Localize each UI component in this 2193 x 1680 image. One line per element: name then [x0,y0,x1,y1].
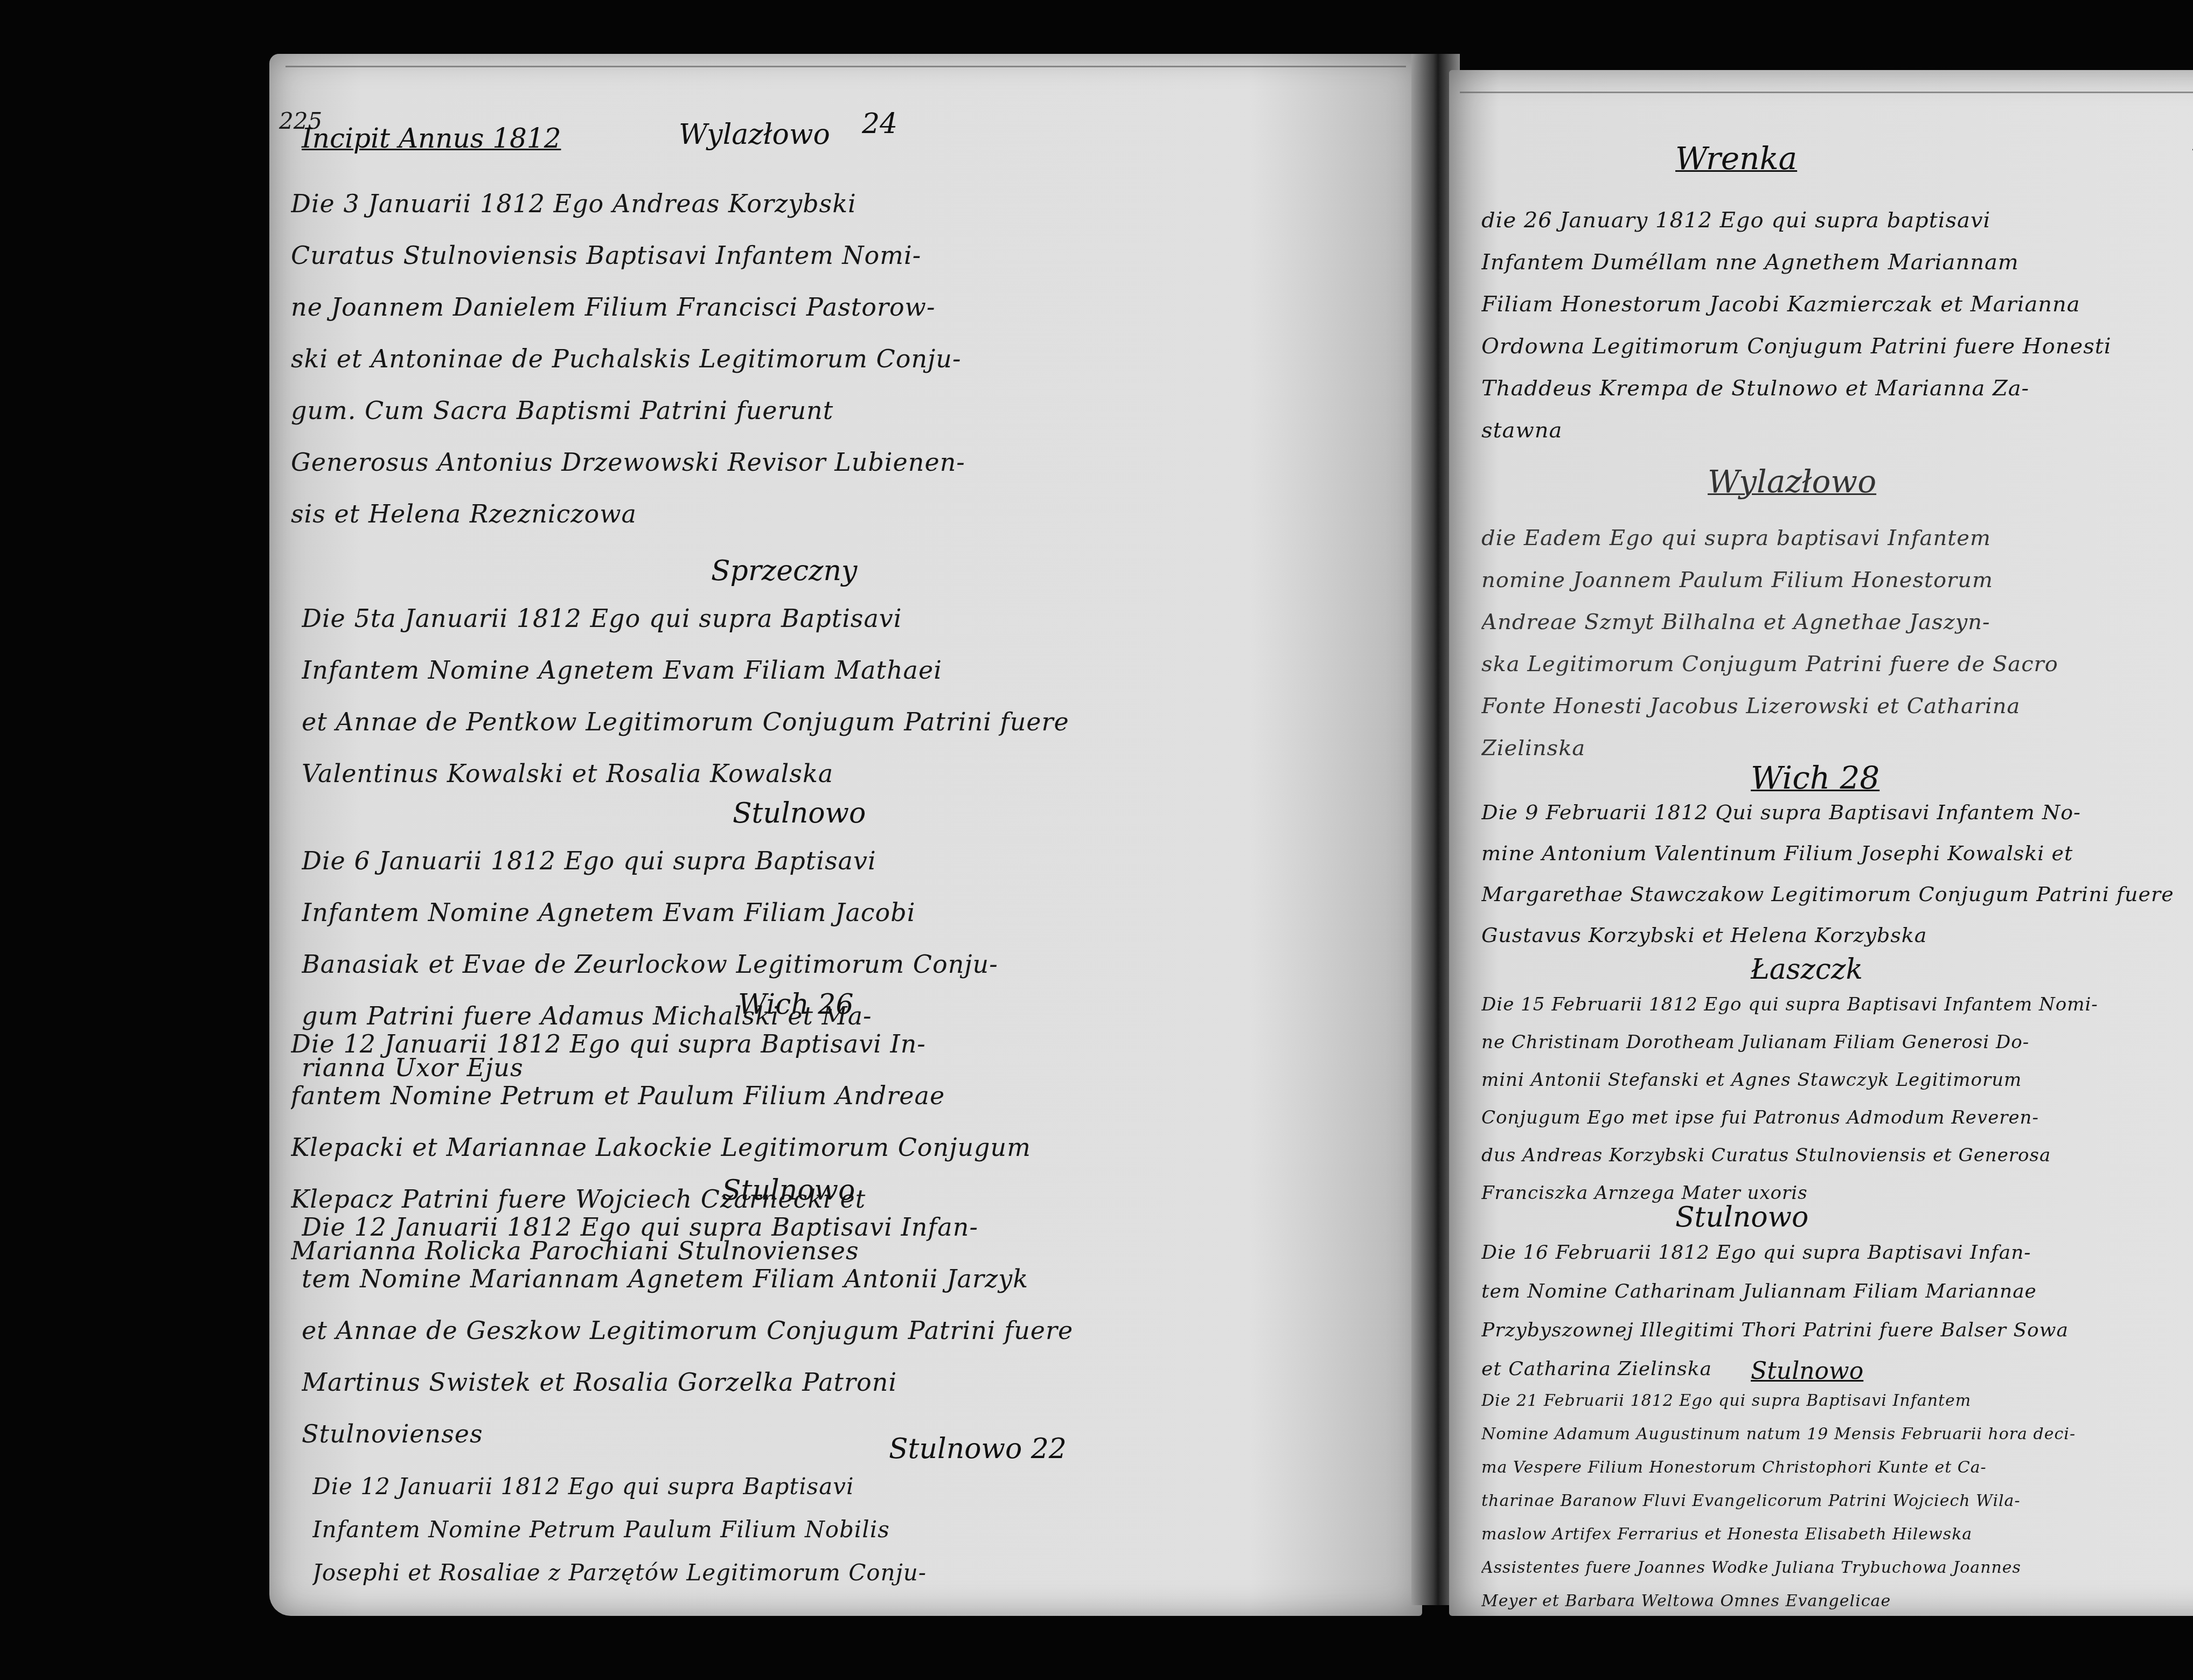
entry-line: Curatus Stulnoviensis Baptisavi Infantem… [291,229,1395,281]
entry-line: Josephi et Rosaliae z Parzętów Legitimor… [312,1551,1395,1594]
entry-line: fantem Nomine Petrum et Paulum Filium An… [291,1070,1395,1121]
entry-line: Martinus Swistek et Rosalia Gorzelka Pat… [302,1356,1395,1408]
entry-line: Fonte Honesti Jacobus Lizerowski et Cath… [1481,685,2193,727]
entry-line: et Annae de Pentkow Legitimorum Conjugum… [302,696,1395,748]
entry-line: mini Antonii Stefanski et Agnes Stawczyk… [1481,1061,2193,1099]
entry-line: Nomine Adamum Augustinum natum 19 Mensis… [1481,1418,2193,1451]
entry-line: die Eadem Ego qui supra baptisavi Infant… [1481,517,2193,559]
entry-line: Franciszka Arnzega Mater uxoris [1481,1174,2193,1212]
entry-line: Przybyszownej Illegitimi Thori Patrini f… [1481,1311,2193,1350]
entry-line: Die 21 Februarii 1812 Ego qui supra Bapt… [1481,1384,2193,1418]
entry-line: ska Legitimorum Conjugum Patrini fuere d… [1481,643,2193,685]
entry-place-heading: Wich 28 [1751,759,1879,796]
left-page: 225 Incipit Annus 1812 Wylazłowo 24 Die … [269,54,1422,1616]
entry-line: ski et Antoninae de Puchalskis Legitimor… [291,333,1395,385]
entry-line: Die 16 Februarii 1812 Ego qui supra Bapt… [1481,1233,2193,1272]
entry-line: Die 12 Januarii 1812 Ego qui supra Bapti… [312,1465,1395,1508]
baptism-entry: die 26 January 1812 Ego qui supra baptis… [1481,199,2193,451]
entry-place-heading: Stulnowo [733,797,866,829]
entry-place-heading: Wylazłowo [679,118,830,151]
entry-line: Die 6 Januarii 1812 Ego qui supra Baptis… [302,835,1395,887]
entry-line: Infantem Nomine Agnetem Evam Filiam Jaco… [302,887,1395,938]
baptism-entry: Die 21 Februarii 1812 Ego qui supra Bapt… [1481,1384,2193,1618]
entry-line: ne Joannem Danielem Filium Francisci Pas… [291,281,1395,333]
entry-line: Filiam Honestorum Jacobi Kazmierczak et … [1481,283,2193,325]
entry-line: Meyer et Barbara Weltowa Omnes Evangelic… [1481,1585,2193,1618]
entry-place-heading: Stulnowo [1751,1357,1863,1385]
baptism-entry: Die 12 Januarii 1812 Ego qui supra Bapti… [302,1201,1395,1460]
entry-line: Die 15 Februarii 1812 Ego qui supra Bapt… [1481,986,2193,1023]
entry-line: Die 3 Januarii 1812 Ego Andreas Korzybsk… [291,178,1395,229]
entry-line: Banasiak et Evae de Zeurlockow Legitimor… [302,938,1395,990]
entry-line: Andreae Szmyt Bilhalna et Agnethae Jaszy… [1481,601,2193,643]
entry-line: stawna [1481,409,2193,451]
entry-line: Margarethae Stawczakow Legitimorum Conju… [1481,874,2193,915]
entry-line: nomine Joannem Paulum Filium Honestorum [1481,559,2193,601]
entry-number: 24 [862,108,897,140]
entry-line: Conjugum Ego met ipse fui Patronus Admod… [1481,1099,2193,1137]
year-heading: Incipit Annus 1812 [302,123,561,154]
entry-line: Klepacki et Mariannae Lakockie Legitimor… [291,1121,1395,1173]
page-top-rule [1460,92,2193,93]
entry-place-heading: Wich 26 [738,988,853,1021]
entry-line: tem Nomine Catharinam Juliannam Filiam M… [1481,1272,2193,1311]
entry-line: Gustavus Korzybski et Helena Korzybska [1481,915,2193,956]
baptism-entry: Die 5ta Januarii 1812 Ego qui supra Bapt… [302,592,1395,799]
entry-line: gum. Cum Sacra Baptismi Patrini fuerunt [291,385,1395,436]
baptism-entry: Die 3 Januarii 1812 Ego Andreas Korzybsk… [291,178,1395,540]
entry-line: ma Vespere Filium Honestorum Christophor… [1481,1451,2193,1484]
entry-line: Generosus Antonius Drzewowski Revisor Lu… [291,436,1395,488]
entry-line: Thaddeus Krempa de Stulnowo et Marianna … [1481,367,2193,409]
entry-place-heading: Wylazłowo [1708,463,1876,500]
entry-place-heading: Łaszczk [1751,953,1863,986]
entry-line: Die 9 Februarii 1812 Qui supra Baptisavi… [1481,792,2193,833]
entry-line: Infantem Nomine Petrum Paulum Filium Nob… [312,1508,1395,1551]
entry-line: tem Nomine Mariannam Agnetem Filiam Anto… [302,1253,1395,1305]
entry-line: maslow Artifex Ferrarius et Honesta Elis… [1481,1518,2193,1551]
entry-line: mine Antonium Valentinum Filium Josephi … [1481,833,2193,874]
entry-line: dus Andreas Korzybski Curatus Stulnovien… [1481,1137,2193,1174]
entry-line: Die 12 Januarii 1812 Ego qui supra Bapti… [302,1201,1395,1253]
entry-line: ne Christinam Dorotheam Julianam Filiam … [1481,1023,2193,1061]
entry-line: Infantem Nomine Agnetem Evam Filiam Math… [302,644,1395,696]
baptism-entry: die Eadem Ego qui supra baptisavi Infant… [1481,517,2193,769]
entry-line: et Annae de Geszkow Legitimorum Conjugum… [302,1305,1395,1356]
entry-line: die 26 January 1812 Ego qui supra baptis… [1481,199,2193,241]
entry-line: sis et Helena Rzezniczowa [291,488,1395,540]
entry-line: Stulnovienses [302,1408,1395,1460]
entry-place-heading: Sprzeczny [711,555,857,587]
baptism-entry: Die 9 Februarii 1812 Qui supra Baptisavi… [1481,792,2193,956]
entry-line: Die 5ta Januarii 1812 Ego qui supra Bapt… [302,592,1395,644]
entry-place-heading: Wrenka [1675,140,1797,177]
entry-place-heading: Stulnowo [1675,1201,1808,1233]
baptism-entry: Die 15 Februarii 1812 Ego qui supra Bapt… [1481,986,2193,1212]
entry-line: Valentinus Kowalski et Rosalia Kowalska [302,748,1395,799]
entry-line: tharinae Baranow Fluvi Evangelicorum Pat… [1481,1484,2193,1518]
open-register-book: 225 Incipit Annus 1812 Wylazłowo 24 Die … [237,22,2166,1659]
baptism-entry: Die 12 Januarii 1812 Ego qui supra Bapti… [312,1465,1395,1594]
entry-place-heading: Stulnowo 22 [889,1433,1067,1465]
entry-line: Die 12 Januarii 1812 Ego qui supra Bapti… [291,1018,1395,1070]
page-top-rule [286,66,1406,67]
entry-line: Ordowna Legitimorum Conjugum Patrini fue… [1481,325,2193,367]
entry-line: Infantem Duméllam nne Agnethem Mariannam [1481,241,2193,283]
right-page: 226 Wrenka die 26 January 1812 Ego qui s… [1449,70,2193,1616]
entry-line: Assistentes fuere Joannes Wodke Juliana … [1481,1551,2193,1585]
